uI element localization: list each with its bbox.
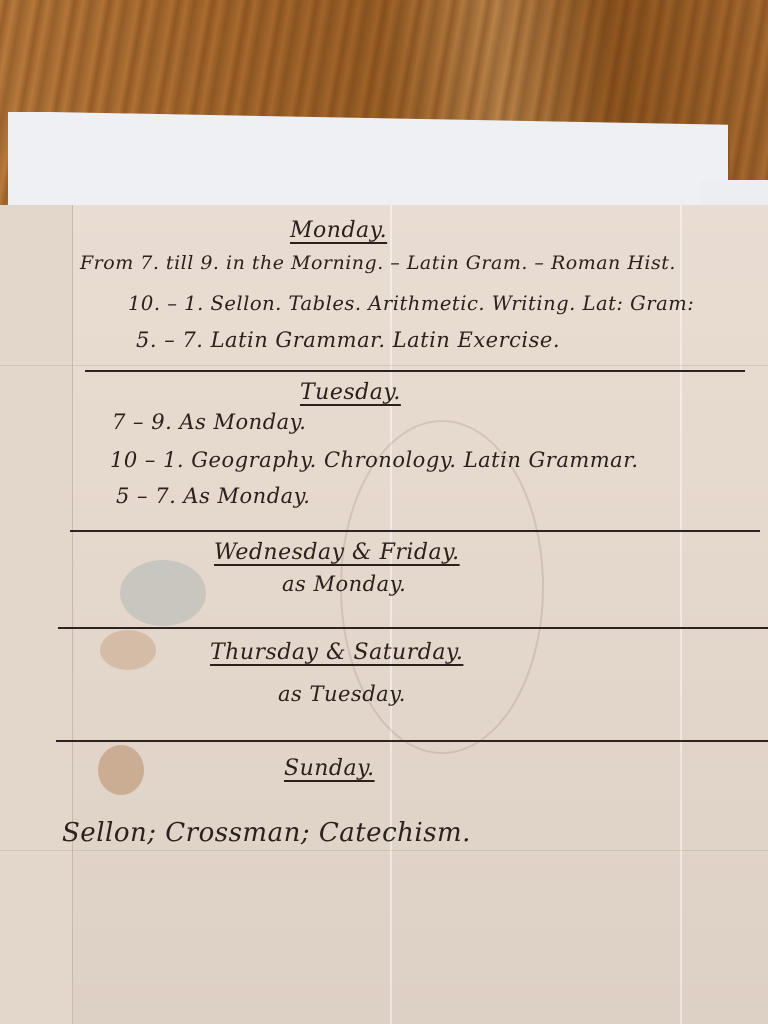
monday-line-3: 5. – 7. Latin Grammar. Latin Exercise.: [136, 328, 560, 352]
foxing-stain: [98, 745, 144, 795]
heading-thursday-saturday: Thursday & Saturday.: [210, 640, 463, 665]
water-stain: [120, 560, 206, 626]
thursday-saturday-line: as Tuesday.: [278, 682, 406, 706]
divider-rule: [58, 627, 768, 629]
heading-monday: Monday.: [290, 218, 387, 243]
fold-crease: [680, 205, 682, 1024]
monday-line-1: From 7. till 9. in the Morning. – Latin …: [80, 252, 676, 274]
fold-crease: [0, 365, 768, 366]
heading-sunday: Sunday.: [284, 756, 375, 781]
tuesday-line-1: 7 – 9. As Monday.: [112, 410, 306, 434]
monday-line-2: 10. – 1. Sellon. Tables. Arithmetic. Wri…: [128, 292, 694, 315]
heading-wednesday-friday: Wednesday & Friday.: [214, 540, 460, 565]
tuesday-line-2: 10 – 1. Geography. Chronology. Latin Gra…: [110, 448, 639, 472]
letter-left-flap: [0, 205, 73, 1024]
sunday-line: Sellon; Crossman; Catechism.: [62, 818, 471, 848]
wednesday-friday-line: as Monday.: [282, 572, 406, 596]
fold-crease: [0, 850, 768, 851]
tuesday-line-3: 5 – 7. As Monday.: [116, 484, 310, 508]
divider-rule: [85, 370, 745, 372]
divider-rule: [70, 530, 760, 532]
heading-tuesday: Tuesday.: [300, 380, 401, 405]
foxing-stain: [100, 630, 156, 670]
divider-rule: [56, 740, 768, 742]
